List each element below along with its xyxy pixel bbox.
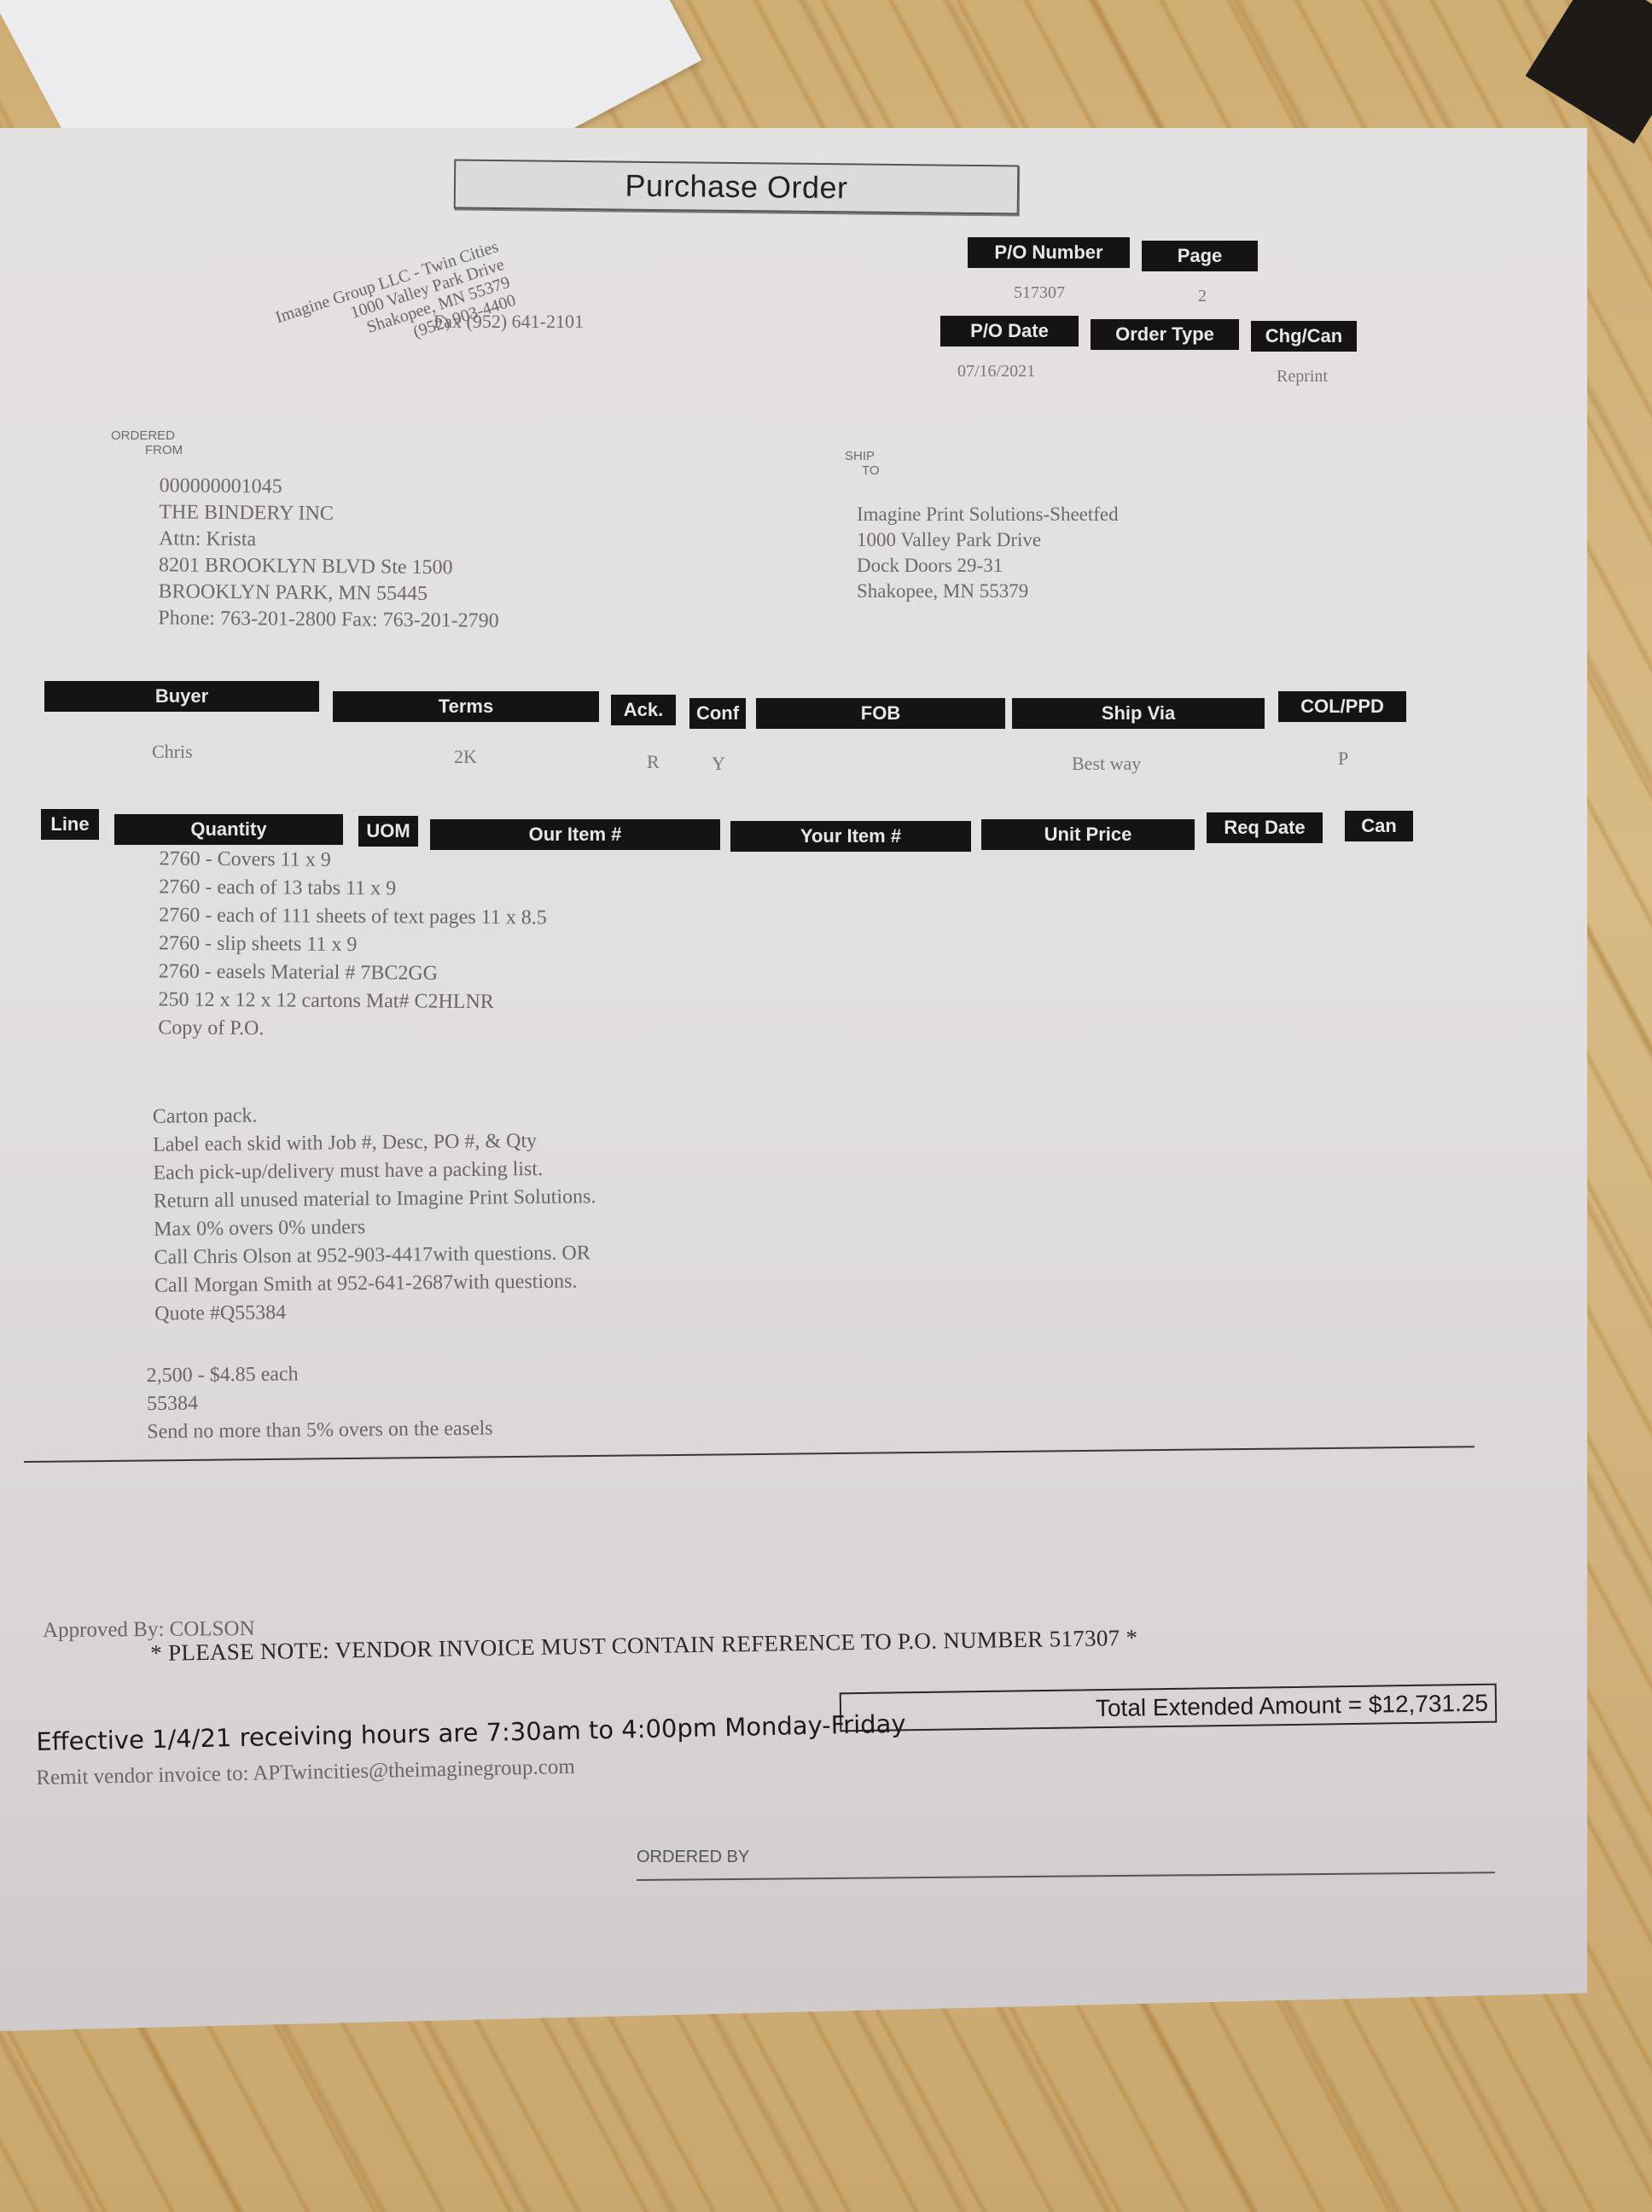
column-quantity: Quantity	[114, 814, 343, 845]
header-conf: Conf	[689, 698, 746, 729]
description-line: 2760 - each of 13 tabs 11 x 9	[159, 873, 547, 904]
ordered-from-line: 8201 BROOKLYN BLVD Ste 1500	[159, 552, 500, 581]
ordered-from-label: ORDERED FROM	[111, 428, 183, 457]
description-line: 2760 - Covers 11 x 9	[160, 845, 548, 876]
po-number-header: P/O Number	[968, 237, 1130, 268]
description-line: 2760 - easels Material # 7BC2GG	[159, 958, 547, 988]
quote-line: 2,500 - $4.85 each	[146, 1359, 492, 1390]
chg-can-header: Chg/Can	[1251, 321, 1357, 352]
page-header: Page	[1142, 241, 1258, 271]
terms-value-col-ppd: P	[1338, 748, 1348, 770]
line-item-descriptions: 2760 - Covers 11 x 92760 - each of 13 ta…	[158, 845, 547, 1045]
ordered-from-line: 000000001045	[160, 473, 501, 502]
header-ack: Ack.	[611, 695, 676, 725]
terms-value-ack: R	[647, 751, 660, 773]
ordered-from-line: Attn: Krista	[159, 526, 500, 555]
background-dark-object	[1526, 0, 1652, 143]
chg-can-value: Reprint	[1277, 367, 1328, 387]
po-date-header: P/O Date	[940, 316, 1079, 346]
description-line: 2760 - slip sheets 11 x 9	[159, 929, 547, 960]
po-date-value: 07/16/2021	[957, 362, 1035, 381]
quote-line: 55384	[147, 1387, 493, 1418]
ordered-from-line: Phone: 763-201-2800 Fax: 763-201-2790	[158, 605, 499, 634]
page-value: 2	[1198, 287, 1207, 306]
ship-to-line: Dock Doors 29-31	[857, 553, 1119, 579]
ordered-from-label-line2: FROM	[111, 443, 183, 457]
instruction-line: Return all unused material to Imagine Pr…	[154, 1183, 596, 1215]
terms-value-conf: Y	[712, 753, 725, 775]
ship-to-label-line2: TO	[845, 463, 880, 478]
column-your-item: Your Item #	[730, 821, 971, 852]
column-unit-price: Unit Price	[981, 819, 1195, 850]
column-can: Can	[1345, 811, 1413, 841]
instruction-line: Each pick-up/delivery must have a packin…	[153, 1155, 596, 1187]
quote-line: Send no more than 5% overs on the easels	[147, 1415, 493, 1447]
instruction-line: Carton pack.	[153, 1098, 596, 1131]
ship-to-label: SHIP TO	[845, 449, 880, 478]
instruction-line: Max 0% overs 0% unders	[154, 1211, 596, 1243]
instruction-line: Call Chris Olson at 952-903-4417with que…	[154, 1239, 596, 1272]
description-line: 2760 - each of 111 sheets of text pages …	[159, 901, 547, 932]
ship-to-line: 1000 Valley Park Drive	[857, 527, 1119, 553]
ship-to-line: Imagine Print Solutions-Sheetfed	[857, 502, 1119, 527]
terms-value-buyer: Chris	[152, 741, 193, 763]
ordered-from-label-line1: ORDERED	[111, 428, 183, 443]
header-col-ppd: COL/PPD	[1278, 691, 1406, 722]
instruction-line: Call Morgan Smith at 952-641-2687with qu…	[154, 1267, 597, 1300]
company-fax: Fax (952) 641-2101	[433, 311, 584, 333]
header-ship-via: Ship Via	[1012, 698, 1265, 729]
column-req-date: Req Date	[1207, 812, 1323, 843]
terms-value-ship-via: Best way	[1072, 753, 1141, 775]
description-line: 250 12 x 12 x 12 cartons Mat# C2HLNR	[158, 986, 546, 1016]
header-fob: FOB	[756, 698, 1005, 729]
column-line: Line	[41, 809, 99, 840]
ordered-from-line: BROOKLYN PARK, MN 55445	[158, 579, 499, 608]
column-our-item: Our Item #	[430, 819, 720, 850]
description-line: Copy of P.O.	[158, 1014, 546, 1045]
po-number-value: 517307	[1014, 283, 1065, 303]
quote-details: 2,500 - $4.85 each55384Send no more than…	[146, 1359, 492, 1447]
ordered-from-line: THE BINDERY INC	[159, 499, 500, 528]
instruction-line: Quote #Q55384	[154, 1295, 597, 1328]
total-extended-amount-text: Total Extended Amount = $12,731.25	[1096, 1690, 1488, 1722]
vendor-instructions: Carton pack.Label each skid with Job #, …	[153, 1098, 597, 1328]
ordered-from-address: 000000001045THE BINDERY INCAttn: Krista8…	[158, 473, 500, 634]
terms-value-terms: 2K	[454, 746, 477, 768]
ship-to-line: Shakopee, MN 55379	[857, 579, 1119, 604]
column-uom: UOM	[358, 816, 418, 847]
ship-to-label-line1: SHIP	[845, 449, 880, 463]
order-type-header: Order Type	[1091, 319, 1239, 350]
header-terms: Terms	[333, 691, 599, 722]
instruction-line: Label each skid with Job #, Desc, PO #, …	[153, 1126, 596, 1159]
document-title: Purchase Order	[454, 160, 1020, 215]
ordered-by-label: ORDERED BY	[637, 1850, 749, 1865]
ship-to-address: Imagine Print Solutions-Sheetfed1000 Val…	[857, 502, 1119, 604]
header-buyer: Buyer	[44, 681, 319, 712]
